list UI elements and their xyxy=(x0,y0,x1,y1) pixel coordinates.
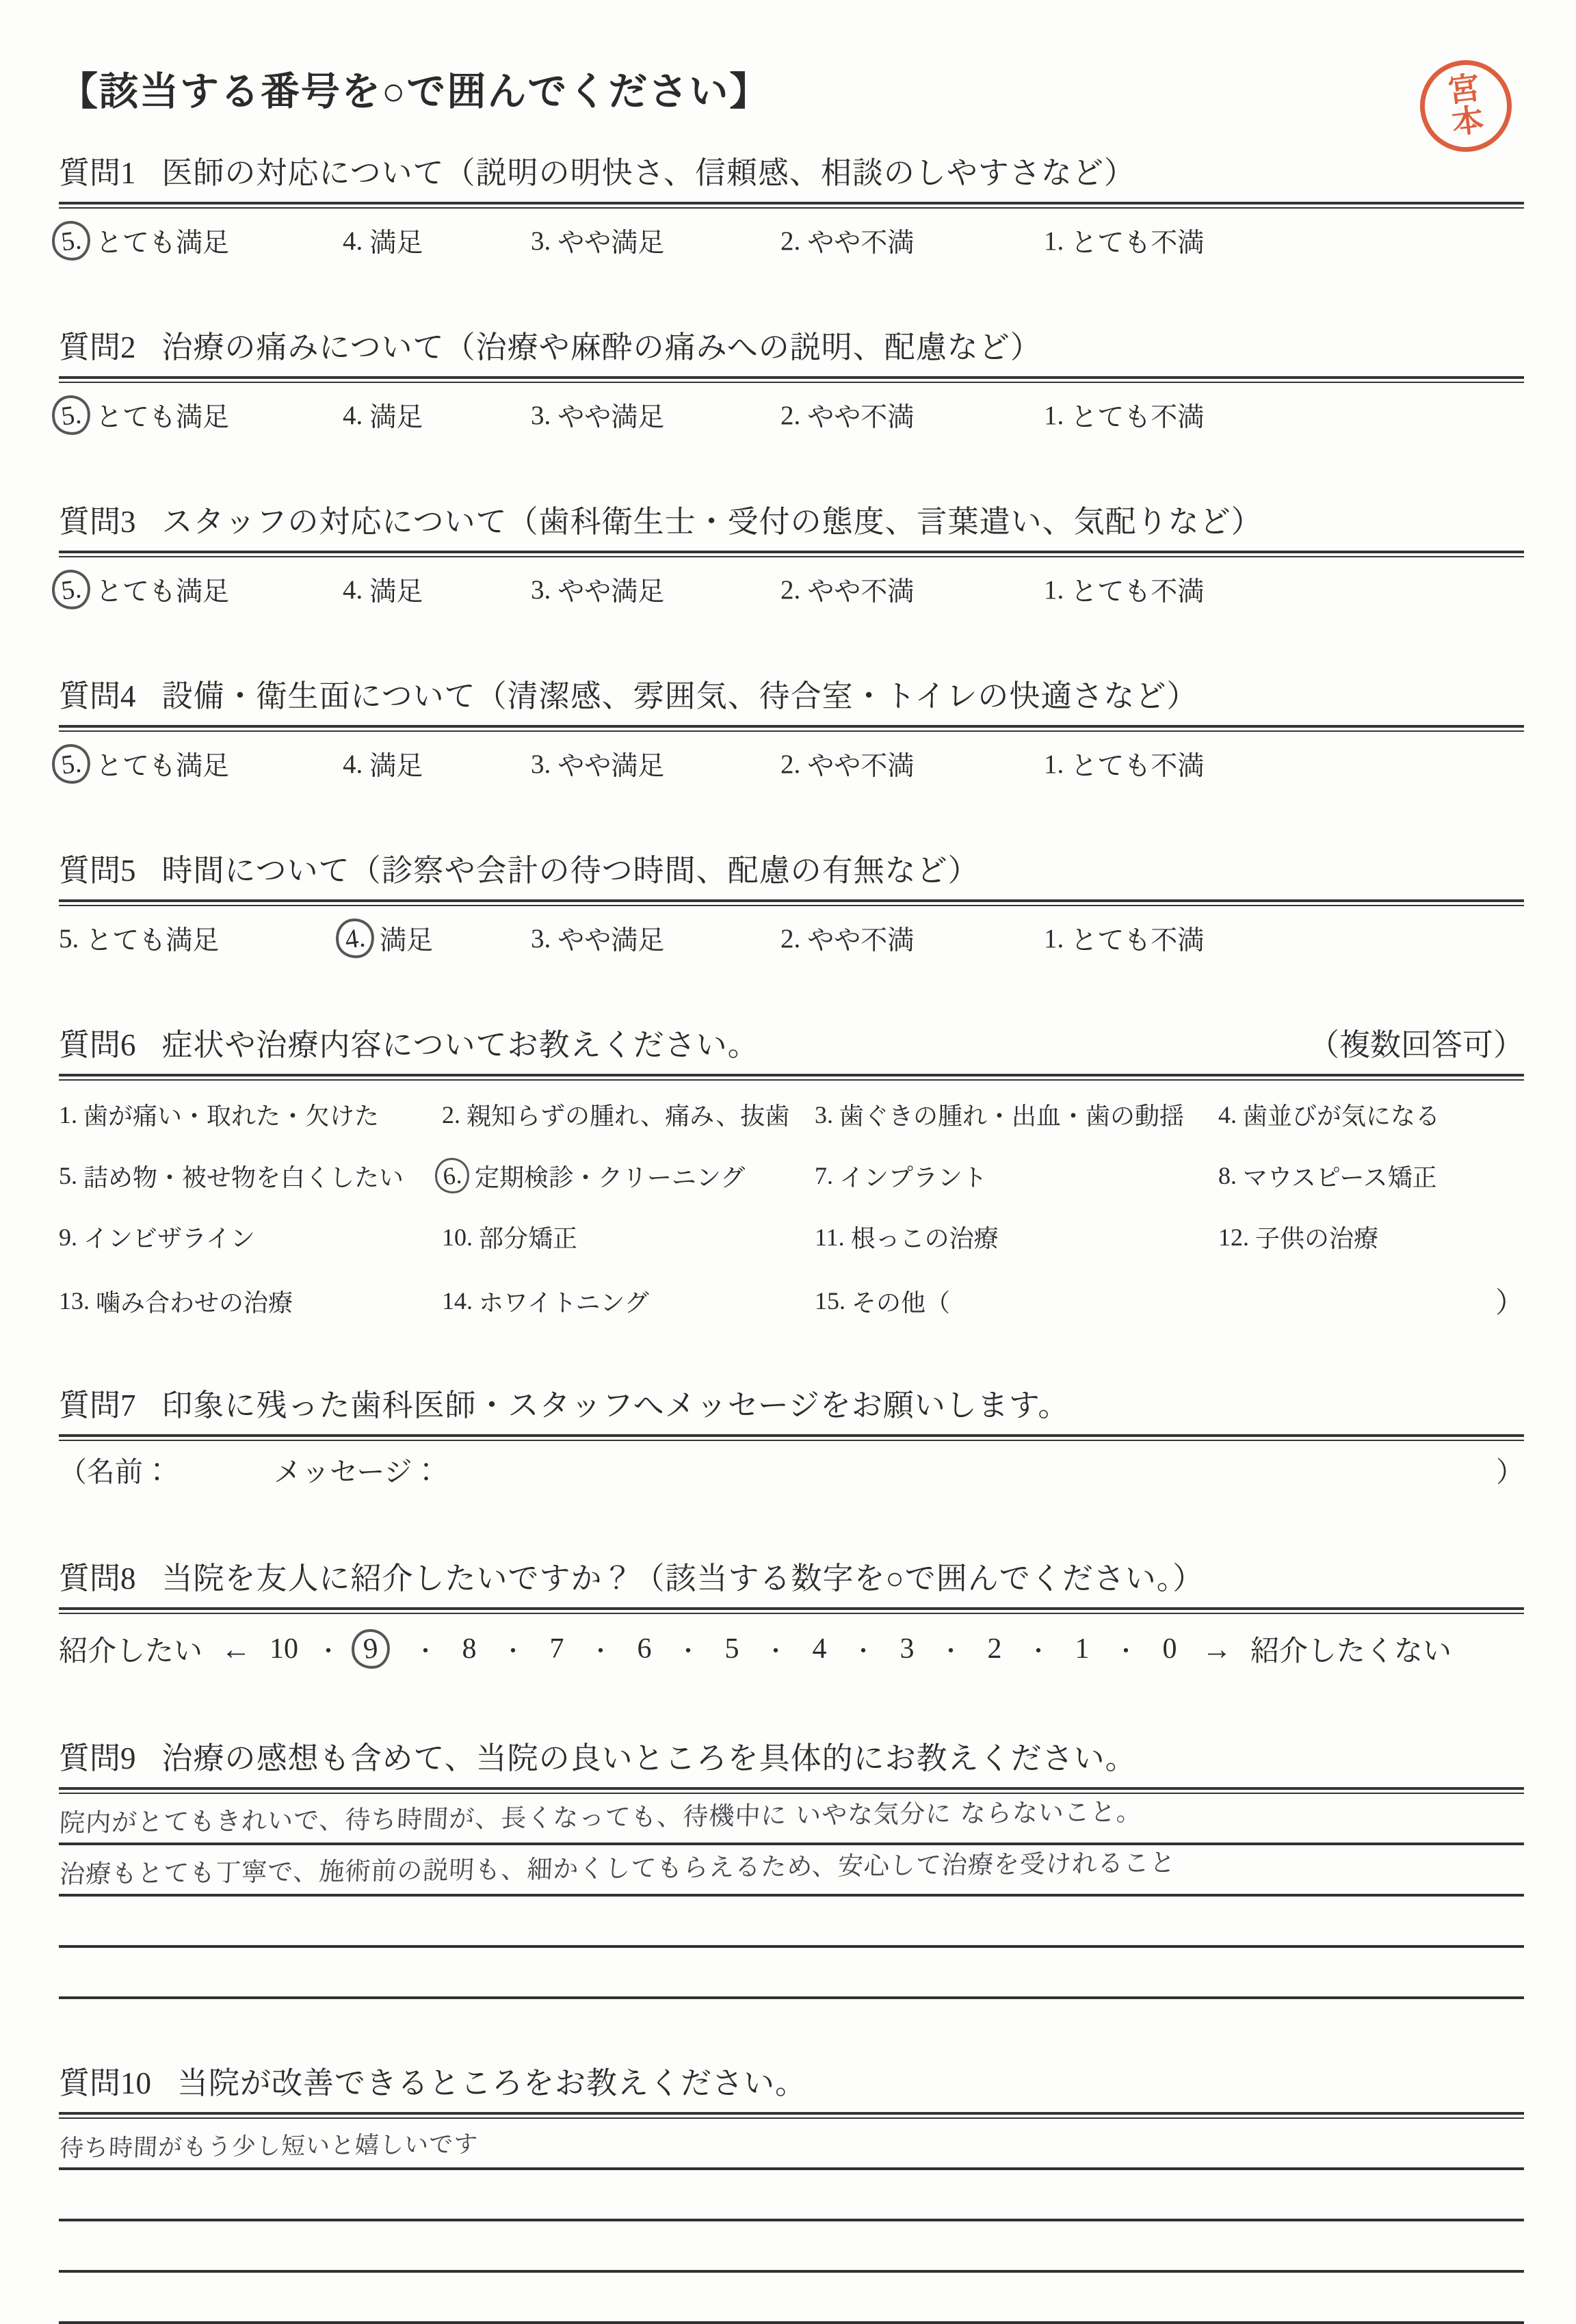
question-7: 質問7 印象に残った歯科医師・スタッフへメッセージをお願いします。 （名前： メ… xyxy=(59,1380,1524,1494)
q3-option-5-selected: 5. とても満足 xyxy=(59,570,343,609)
q2-option-1: 1.とても不満 xyxy=(1044,396,1204,434)
divider xyxy=(59,1607,1524,1614)
q1-option-2: 2.やや不満 xyxy=(780,222,1044,260)
question-9: 質問9 治療の感想も含めて、当院の良いところを具体的にお教えください。 院内がと… xyxy=(59,1733,1524,1999)
divider xyxy=(59,376,1524,383)
left-arrow-icon: ← xyxy=(221,1632,251,1667)
nps-10: 10 xyxy=(270,1633,298,1665)
divider xyxy=(59,899,1524,906)
q6-item-13: 13.噛み合わせの治療 xyxy=(59,1284,442,1319)
divider xyxy=(59,725,1524,732)
dot-separator: ・ xyxy=(677,1633,700,1666)
q1-option-1: 1.とても不満 xyxy=(1044,222,1204,260)
question-9-title: 治療の感想も含めて、当院の良いところを具体的にお教えください。 xyxy=(162,1733,1137,1778)
q6-item-14: 14.ホワイトニング xyxy=(442,1284,815,1319)
scale-left-label: 紹介したい xyxy=(59,1628,202,1669)
question-8: 質問8 当院を友人に紹介したいですか？（該当する数字を○で囲んでください。） 紹… xyxy=(59,1553,1524,1674)
question-2: 質問2 治療の痛みについて（治療や麻酔の痛みへの説明、配慮など） 5. とても満… xyxy=(59,322,1524,438)
divider xyxy=(59,1434,1524,1441)
nps-9-selected: 9 xyxy=(362,1632,380,1666)
q5-option-2: 2.やや不満 xyxy=(780,919,1044,958)
q2-option-4: 4.満足 xyxy=(343,396,531,434)
question-4-label: 質問4 xyxy=(59,671,136,715)
q1-option-3: 3.やや満足 xyxy=(531,222,780,260)
question-7-label: 質問7 xyxy=(59,1380,136,1425)
q4-option-2: 2.やや不満 xyxy=(780,745,1044,783)
question-8-label: 質問8 xyxy=(59,1553,136,1598)
question-6-label: 質問6 xyxy=(59,1020,136,1064)
q4-option-4: 4.満足 xyxy=(343,745,531,783)
handwritten-answer: 待ち時間がもう少し短いと嬉しいです xyxy=(59,2126,479,2167)
divider xyxy=(59,1074,1524,1081)
question-6-title: 症状や治療内容についてお教えください。 xyxy=(162,1020,759,1064)
answer-line-empty xyxy=(59,1897,1524,1948)
question-4: 質問4 設備・衛生面について（清潔感、雰囲気、待合室・トイレの快適さなど） 5.… xyxy=(59,671,1524,787)
q5-option-1: 1.とても不満 xyxy=(1044,919,1204,958)
circle-annotation: 5. xyxy=(50,219,93,263)
question-2-options: 5. とても満足 4.満足 3.やや満足 2.やや不満 1.とても不満 xyxy=(59,393,1524,438)
question-4-title: 設備・衛生面について（清潔感、雰囲気、待合室・トイレの快適さなど） xyxy=(162,671,1198,715)
circle-annotation: 9 xyxy=(350,1627,393,1671)
multiple-answers-note: （複数回答可） xyxy=(1309,1020,1524,1064)
question-5-options: 5.とても満足 4. 満足 3.やや満足 2.やや不満 1.とても不満 xyxy=(59,916,1524,961)
q4-option-5-selected: 5. とても満足 xyxy=(59,744,343,784)
q2-option-3: 3.やや満足 xyxy=(531,396,780,434)
q3-option-2: 2.やや不満 xyxy=(780,570,1044,609)
dot-separator: ・ xyxy=(764,1633,787,1666)
q2-option-2: 2.やや不満 xyxy=(780,396,1044,434)
q6-item-3: 3.歯ぐきの腫れ・出血・歯の動揺 xyxy=(815,1097,1218,1132)
question-7-answer-row: （名前： メッセージ： ） xyxy=(59,1449,1524,1494)
circle-annotation: 5. xyxy=(50,742,93,786)
handwritten-answer: 治療もとても丁寧で、施術前の説明も、細かくしてもらえるため、安心して治療を受けれ… xyxy=(59,1842,1177,1894)
question-3-title: スタッフの対応について（歯科衛生士・受付の態度、言葉遣い、気配りなど） xyxy=(162,497,1263,541)
question-1-label: 質問1 xyxy=(59,148,136,192)
divider xyxy=(59,1787,1524,1794)
nps-5: 5 xyxy=(718,1633,746,1665)
q1-option-4: 4.満足 xyxy=(343,222,531,260)
q3-option-4: 4.満足 xyxy=(343,570,531,609)
dot-separator: ・ xyxy=(1027,1633,1050,1666)
divider xyxy=(59,2112,1524,2119)
q6-item-5: 5.詰め物・被せ物を白くしたい xyxy=(59,1159,442,1193)
q6-other-close-paren: ） xyxy=(1218,1280,1524,1321)
question-4-options: 5. とても満足 4.満足 3.やや満足 2.やや不満 1.とても不満 xyxy=(59,741,1524,787)
question-2-label: 質問2 xyxy=(59,322,136,367)
q6-item-4: 4.歯並びが気になる xyxy=(1218,1097,1524,1132)
question-3: 質問3 スタッフの対応について（歯科衛生士・受付の態度、言葉遣い、気配りなど） … xyxy=(59,497,1524,612)
dot-separator: ・ xyxy=(939,1633,962,1666)
question-2-title: 治療の痛みについて（治療や麻酔の痛みへの説明、配慮など） xyxy=(162,322,1042,367)
right-arrow-icon: → xyxy=(1202,1632,1232,1667)
nps-3: 3 xyxy=(893,1633,921,1665)
circle-annotation: 5. xyxy=(50,568,93,611)
dot-separator: ・ xyxy=(414,1633,437,1666)
answer-line: 院内がとてもきれいで、待ち時間が、長くなっても、待機中に いやな気分に ならない… xyxy=(59,1794,1524,1845)
q3-option-1: 1.とても不満 xyxy=(1044,570,1204,609)
page-title: 【該当する番号を○で囲んでください】 xyxy=(59,60,1524,116)
close-paren: ） xyxy=(1496,1449,1524,1490)
q5-option-4-selected: 4. 満足 xyxy=(343,919,531,958)
question-5-label: 質問5 xyxy=(59,845,136,890)
q6-item-11: 11.根っこの治療 xyxy=(815,1219,1218,1254)
q6-item-9: 9.インビザライン xyxy=(59,1219,442,1254)
answer-line: 治療もとても丁寧で、施術前の説明も、細かくしてもらえるため、安心して治療を受けれ… xyxy=(59,1845,1524,1897)
q6-item-7: 7.インプラント xyxy=(815,1159,1218,1193)
dot-separator: ・ xyxy=(501,1633,525,1666)
question-5-title: 時間について（診察や会計の待つ時間、配慮の有無など） xyxy=(162,845,980,890)
q4-option-1: 1.とても不満 xyxy=(1044,745,1204,783)
dot-separator: ・ xyxy=(1114,1633,1138,1666)
question-7-title: 印象に残った歯科医師・スタッフへメッセージをお願いします。 xyxy=(162,1380,1070,1425)
nps-scale-row: 紹介したい ← 10 ・ 9 ・ 8 ・ 7 ・ 6 ・ 5 ・ 4 ・ 3 ・… xyxy=(59,1624,1524,1674)
circle-annotation: 5. xyxy=(50,393,93,437)
dot-separator: ・ xyxy=(589,1633,612,1666)
nps-2: 2 xyxy=(981,1633,1008,1665)
handwritten-answer: 院内がとてもきれいで、待ち時間が、長くなっても、待機中に いやな気分に ならない… xyxy=(59,1791,1143,1843)
nps-1: 1 xyxy=(1068,1633,1096,1665)
question-10-label: 質問10 xyxy=(59,2058,151,2102)
message-field-label: メッセージ： xyxy=(274,1449,441,1490)
nps-6: 6 xyxy=(631,1633,658,1665)
scale-right-label: 紹介したくない xyxy=(1250,1628,1452,1669)
question-10: 質問10 当院が改善できるところをお教えください。 待ち時間がもう少し短いと嬉し… xyxy=(59,2058,1524,2324)
q6-item-8: 8.マウスピース矯正 xyxy=(1218,1159,1524,1193)
q3-option-3: 3.やや満足 xyxy=(531,570,780,609)
nps-8: 8 xyxy=(456,1633,483,1665)
survey-sheet: 【該当する番号を○で囲んでください】 宮 本 質問1 医師の対応について（説明の… xyxy=(0,0,1576,1992)
question-10-title: 当院が改善できるところをお教えください。 xyxy=(177,2058,806,2102)
question-6-grid: 1.歯が痛い・取れた・欠けた 2.親知らずの腫れ、痛み、抜歯 3.歯ぐきの腫れ・… xyxy=(59,1097,1524,1321)
divider xyxy=(59,202,1524,209)
q2-option-5-selected: 5. とても満足 xyxy=(59,395,343,435)
q6-item-1: 1.歯が痛い・取れた・欠けた xyxy=(59,1097,442,1132)
nps-4: 4 xyxy=(806,1633,833,1665)
answer-line-empty xyxy=(59,2273,1524,2324)
nps-0: 0 xyxy=(1156,1633,1183,1665)
q6-item-2: 2.親知らずの腫れ、痛み、抜歯 xyxy=(442,1097,815,1132)
question-3-options: 5. とても満足 4.満足 3.やや満足 2.やや不満 1.とても不満 xyxy=(59,567,1524,612)
q6-item-15: 15.その他（ xyxy=(815,1284,1218,1319)
name-field-label: （名前： xyxy=(59,1449,171,1490)
q6-item-10: 10.部分矯正 xyxy=(442,1219,815,1254)
question-9-label: 質問9 xyxy=(59,1733,136,1778)
q5-option-5: 5.とても満足 xyxy=(59,919,343,958)
dot-separator: ・ xyxy=(317,1633,340,1666)
answer-line-empty xyxy=(59,2170,1524,2221)
question-1-options: 5. とても満足 4.満足 3.やや満足 2.やや不満 1.とても不満 xyxy=(59,218,1524,263)
answer-line-empty xyxy=(59,2221,1524,2273)
question-3-label: 質問3 xyxy=(59,497,136,541)
question-8-title: 当院を友人に紹介したいですか？（該当する数字を○で囲んでください。） xyxy=(162,1553,1205,1598)
answer-line: 待ち時間がもう少し短いと嬉しいです xyxy=(59,2119,1524,2170)
question-1-title: 医師の対応について（説明の明快さ、信頼感、相談のしやすさなど） xyxy=(162,148,1135,192)
q6-item-6-selected: 6. 定期検診・クリーニング xyxy=(442,1158,815,1193)
dot-separator: ・ xyxy=(852,1633,875,1666)
question-6: 質問6 症状や治療内容についてお教えください。 （複数回答可） 1.歯が痛い・取… xyxy=(59,1020,1524,1321)
q4-option-3: 3.やや満足 xyxy=(531,745,780,783)
nps-7: 7 xyxy=(543,1633,570,1665)
q5-option-3: 3.やや満足 xyxy=(531,919,780,958)
question-5: 質問5 時間について（診察や会計の待つ時間、配慮の有無など） 5.とても満足 4… xyxy=(59,845,1524,961)
stamp-char-bottom: 本 xyxy=(1450,104,1485,140)
question-1: 質問1 医師の対応について（説明の明快さ、信頼感、相談のしやすさなど） 5. と… xyxy=(59,148,1524,263)
answer-line-empty xyxy=(59,1948,1524,1999)
q6-item-12: 12.子供の治療 xyxy=(1218,1219,1524,1254)
q1-option-5-selected: 5. とても満足 xyxy=(59,221,343,261)
divider xyxy=(59,551,1524,557)
